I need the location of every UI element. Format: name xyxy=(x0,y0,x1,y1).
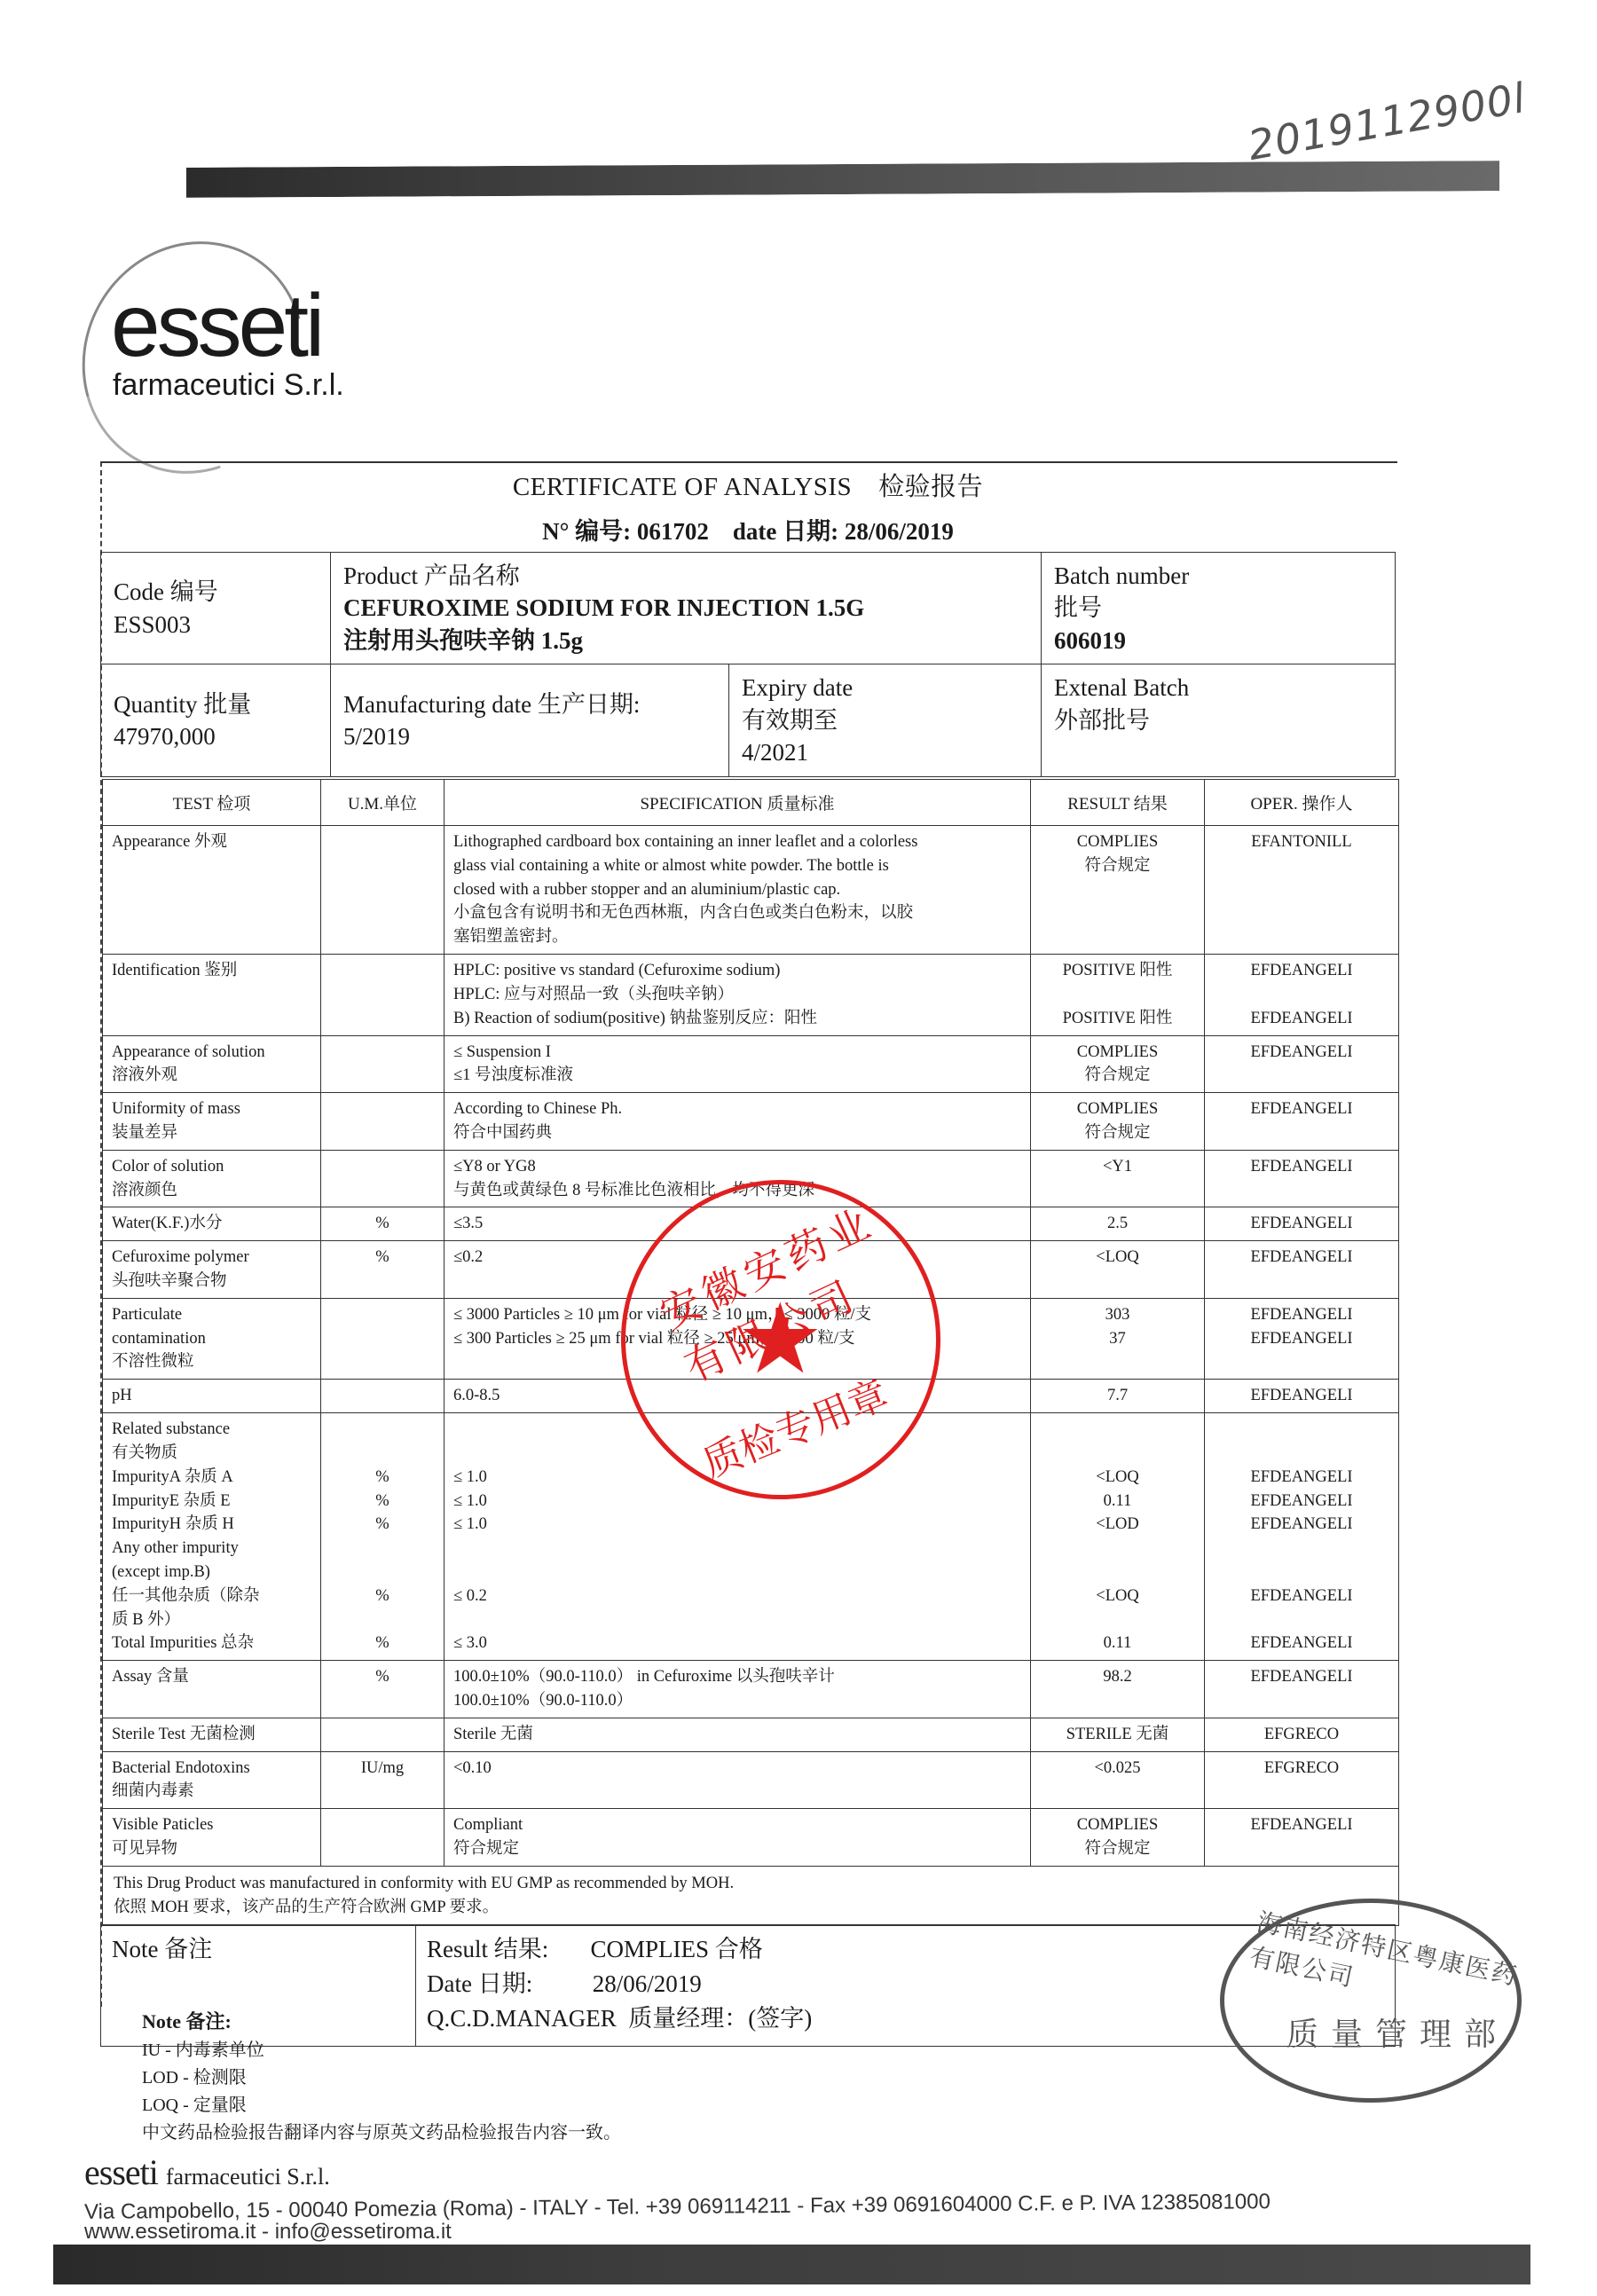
result-value-cell: <LOQ0.11<LOD <LOQ 0.11 xyxy=(1031,1413,1205,1661)
test-name: ImpurityA 杂质 A xyxy=(112,1466,311,1490)
operator: EFDEANGELI xyxy=(1214,1384,1389,1408)
operator-cell: EFDEANGELI xyxy=(1205,1207,1399,1241)
unit: % xyxy=(330,1584,435,1608)
unit: % xyxy=(330,1212,435,1236)
specification: 符合中国药典 xyxy=(453,1121,1021,1145)
unit: % xyxy=(330,1466,435,1490)
table-row: Assay 含量%100.0±10%（90.0-110.0） in Cefuro… xyxy=(103,1661,1399,1718)
specification: HPLC: 应与对照品一致（头孢呋辛钠） xyxy=(453,983,1021,1007)
external-batch-cell: Extenal Batch 外部批号 xyxy=(1042,664,1396,776)
footer-bar xyxy=(53,2245,1530,2284)
specification-cell: ≤Y8 or YG8与黄色或黄绿色 8 号标准比色液相比，均不得更深 xyxy=(444,1150,1031,1207)
certificate-date: 28/06/2019 xyxy=(845,518,954,545)
test-name-cell: Appearance 外观 xyxy=(103,826,321,955)
table-row: Sterile Test 无菌检测 Sterile 无菌STERILE 无菌EF… xyxy=(103,1718,1399,1751)
operator-cell: EFGRECO xyxy=(1205,1751,1399,1809)
test-name: Uniformity of mass xyxy=(112,1097,311,1121)
note-item: LOQ - 定量限 xyxy=(142,2092,621,2119)
operator-cell: EFDEANGELIEFDEANGELI xyxy=(1205,1298,1399,1379)
unit xyxy=(330,1561,435,1584)
note-item: LOD - 检测限 xyxy=(142,2064,621,2092)
table-row: Bacterial Endotoxins细菌内毒素IU/mg<0.10<0.02… xyxy=(103,1751,1399,1809)
unit-cell xyxy=(321,1035,444,1093)
operator: EFDEANGELI xyxy=(1214,1490,1389,1514)
unit-cell xyxy=(321,826,444,955)
test-name: Particulate xyxy=(112,1303,311,1327)
product-cell: Product 产品名称 CEFUROXIME SODIUM FOR INJEC… xyxy=(331,553,1042,664)
specification-cell: According to Chinese Ph.符合中国药典 xyxy=(444,1093,1031,1151)
quantity-cell: Quantity 批量 47970,000 xyxy=(101,664,331,776)
operator-cell: EFDEANGELI xyxy=(1205,1380,1399,1413)
unit xyxy=(330,830,435,854)
test-name: 头孢呋辛聚合物 xyxy=(112,1270,311,1293)
gmp-statement: This Drug Product was manufactured in co… xyxy=(103,1866,1399,1925)
test-name-cell: Uniformity of mass装量差异 xyxy=(103,1093,321,1151)
logo-subtitle: farmaceutici S.r.l. xyxy=(113,368,344,403)
table-row: Related substance有关物质ImpurityA 杂质 AImpur… xyxy=(103,1413,1399,1661)
handwritten-annotation: 2019112900l xyxy=(1245,74,1530,169)
unit-cell: % xyxy=(321,1241,444,1299)
test-name: pH xyxy=(112,1384,311,1408)
unit xyxy=(330,1303,435,1327)
operator: EFDEANGELI xyxy=(1214,1665,1389,1689)
operator: EFDEANGELI xyxy=(1214,1303,1389,1327)
result-label: Result 结果: xyxy=(427,1936,548,1962)
result-value: 98.2 xyxy=(1040,1665,1195,1689)
test-name: Appearance of solution xyxy=(112,1041,311,1065)
result-value-cell: <0.025 xyxy=(1031,1751,1205,1809)
operator: EFDEANGELI xyxy=(1214,1632,1389,1655)
note-item: IU - 内毒素单位 xyxy=(142,2037,621,2064)
test-name: Water(K.F.)水分 xyxy=(112,1212,311,1236)
company-website: www.essetiroma.it - info@essetiroma.it xyxy=(84,2220,1271,2245)
result-value: <LOD xyxy=(1040,1513,1195,1537)
unit-cell xyxy=(321,1093,444,1151)
specification xyxy=(453,1418,1021,1442)
manufacturing-date-cell: Manufacturing date 生产日期: 5/2019 xyxy=(331,664,729,776)
specification: ≤ 1.0 xyxy=(453,1490,1021,1514)
operator: EFDEANGELI xyxy=(1214,1097,1389,1121)
operator-cell: EFDEANGELI xyxy=(1205,1241,1399,1299)
operator: EFDEANGELI xyxy=(1214,1212,1389,1236)
operator-cell: EFDEANGELI xyxy=(1205,1809,1399,1867)
result-value: COMPLIES xyxy=(1040,1813,1195,1837)
test-name: Appearance 外观 xyxy=(112,830,311,854)
specification: 符合规定 xyxy=(453,1837,1021,1861)
specification: HPLC: positive vs standard (Cefuroxime s… xyxy=(453,959,1021,983)
test-name: Sterile Test 无菌检测 xyxy=(112,1723,311,1747)
specification-cell: Sterile 无菌 xyxy=(444,1718,1031,1751)
unit xyxy=(330,1418,435,1442)
test-name-cell: Assay 含量 xyxy=(103,1661,321,1718)
test-name-cell: Cefuroxime polymer头孢呋辛聚合物 xyxy=(103,1241,321,1299)
result-value-cell: 98.2 xyxy=(1031,1661,1205,1718)
column-header-specification: SPECIFICATION 质量标准 xyxy=(444,780,1031,826)
operator: EFDEANGELI xyxy=(1214,1327,1389,1351)
company-logo: esseti farmaceutici S.r.l. xyxy=(75,222,359,488)
test-name-cell: Related substance有关物质ImpurityA 杂质 AImpur… xyxy=(103,1413,321,1661)
unit: % xyxy=(330,1246,435,1270)
table-row: Identification 鉴别 HPLC: positive vs stan… xyxy=(103,955,1399,1035)
batch-cell: Batch number 批号 606019 xyxy=(1042,553,1396,664)
unit xyxy=(330,1155,435,1179)
test-name-cell: Appearance of solution溶液外观 xyxy=(103,1035,321,1093)
specification: According to Chinese Ph. xyxy=(453,1097,1021,1121)
test-name-cell: pH xyxy=(103,1380,321,1413)
result-value: 303 xyxy=(1040,1303,1195,1327)
column-header-test: TEST 检项 xyxy=(103,780,321,826)
operator-cell: EFDEANGELI EFDEANGELI xyxy=(1205,955,1399,1035)
operator xyxy=(1214,1442,1389,1466)
specification: 100.0±10%（90.0-110.0） in Cefuroxime 以头孢呋… xyxy=(453,1665,1021,1689)
test-name: Color of solution xyxy=(112,1155,311,1179)
certificate-heading: CERTIFICATE OF ANALYSIS检验报告 N° 编号: 06170… xyxy=(100,461,1396,559)
result-value: POSITIVE 阳性 xyxy=(1040,959,1195,983)
operator xyxy=(1214,1418,1389,1442)
test-name: contamination xyxy=(112,1327,311,1351)
result-value: 37 xyxy=(1040,1327,1195,1351)
operator-cell: EFANTONILL xyxy=(1205,826,1399,955)
specification: ≤1 号浊度标准液 xyxy=(453,1064,1021,1088)
specification: <0.10 xyxy=(453,1757,1021,1781)
header-bar xyxy=(186,161,1499,198)
unit xyxy=(330,959,435,983)
table-row: Uniformity of mass装量差异 According to Chin… xyxy=(103,1093,1399,1151)
operator: EFDEANGELI xyxy=(1214,1584,1389,1608)
specification xyxy=(453,1442,1021,1466)
specification: Sterile 无菌 xyxy=(453,1723,1021,1747)
test-name: Total Impurities 总杂 xyxy=(112,1632,311,1655)
specification: 6.0-8.5 xyxy=(453,1384,1021,1408)
specification: ≤ 3000 Particles ≥ 10 μm for vial 粒径 ≥ 1… xyxy=(453,1303,1021,1327)
specification: ≤ 0.2 xyxy=(453,1584,1021,1608)
result-value: 符合规定 xyxy=(1040,854,1195,878)
unit xyxy=(330,1097,435,1121)
test-name: Cefuroxime polymer xyxy=(112,1246,311,1270)
specification: 塞铝塑盖密封。 xyxy=(453,925,1021,949)
result-value: <0.025 xyxy=(1040,1757,1195,1781)
unit-cell: % xyxy=(321,1207,444,1241)
unit: % xyxy=(330,1665,435,1689)
specification: ≤ 3.0 xyxy=(453,1632,1021,1655)
test-name-cell: Color of solution溶液颜色 xyxy=(103,1150,321,1207)
note-item: 中文药品检验报告翻译内容与原英文药品检验报告内容一致。 xyxy=(142,2119,621,2147)
test-name-cell: Visible Paticles可见异物 xyxy=(103,1809,321,1867)
result-value-cell: COMPLIES符合规定 xyxy=(1031,1035,1205,1093)
test-name: 任一其他杂质（除杂 xyxy=(112,1584,311,1608)
result-value-cell: COMPLIES符合规定 xyxy=(1031,1093,1205,1151)
result-value: <LOQ xyxy=(1040,1246,1195,1270)
specification-cell: ≤ 3000 Particles ≥ 10 μm for vial 粒径 ≥ 1… xyxy=(444,1298,1031,1379)
operator: EFDEANGELI xyxy=(1214,1813,1389,1837)
result-value: COMPLIES xyxy=(1040,1097,1195,1121)
specification-cell: 100.0±10%（90.0-110.0） in Cefuroxime 以头孢呋… xyxy=(444,1661,1031,1718)
unit-cell: IU/mg xyxy=(321,1751,444,1809)
result-value: 7.7 xyxy=(1040,1384,1195,1408)
specification: ≤ Suspension I xyxy=(453,1041,1021,1065)
unit-cell xyxy=(321,955,444,1035)
specification-cell: ≤ Suspension I≤1 号浊度标准液 xyxy=(444,1035,1031,1093)
table-row: Particulatecontamination不溶性微粒 ≤ 3000 Par… xyxy=(103,1298,1399,1379)
release-date: 28/06/2019 xyxy=(593,1970,702,1997)
specification-cell: <0.10 xyxy=(444,1751,1031,1809)
result-value: <LOQ xyxy=(1040,1466,1195,1490)
specification: ≤Y8 or YG8 xyxy=(453,1155,1021,1179)
result-value-cell: <LOQ xyxy=(1031,1241,1205,1299)
specification xyxy=(453,1608,1021,1632)
specification: Lithographed cardboard box containing an… xyxy=(453,830,1021,854)
certificate-number: 061702 xyxy=(637,518,709,545)
result-value-cell: STERILE 无菌 xyxy=(1031,1718,1205,1751)
test-name: 细菌内毒素 xyxy=(112,1780,311,1804)
specification: 小盒包含有说明书和无色西林瓶，内含白色或类白色粉末，以胶 xyxy=(453,901,1021,925)
unit: % xyxy=(330,1632,435,1655)
operator-cell: EFDEANGELI xyxy=(1205,1093,1399,1151)
unit xyxy=(330,1537,435,1561)
specification: ≤0.2 xyxy=(453,1246,1021,1270)
specification: glass vial containing a white or almost … xyxy=(453,854,1021,878)
test-name: 溶液颜色 xyxy=(112,1179,311,1203)
operator: EFDEANGELI xyxy=(1214,1466,1389,1490)
operator: EFDEANGELI xyxy=(1214,1513,1389,1537)
code-cell: Code 编号 ESS003 xyxy=(101,553,331,664)
specification: Compliant xyxy=(453,1813,1021,1837)
unit: % xyxy=(330,1513,435,1537)
column-header-operator: OPER. 操作人 xyxy=(1205,780,1399,826)
certificate-title: CERTIFICATE OF ANALYSIS检验报告 xyxy=(100,467,1396,503)
product-header-table: Code 编号 ESS003 Product 产品名称 CEFUROXIME S… xyxy=(100,552,1396,777)
result-value xyxy=(1040,983,1195,1007)
results-table: TEST 检项 U.M.单位 SPECIFICATION 质量标准 RESULT… xyxy=(102,779,1399,1926)
column-header-result: RESULT 结果 xyxy=(1031,780,1205,826)
result-value: POSITIVE 阳性 xyxy=(1040,1007,1195,1031)
test-name: Visible Paticles xyxy=(112,1813,311,1837)
result-value: 符合规定 xyxy=(1040,1837,1195,1861)
result-value xyxy=(1040,1608,1195,1632)
result-value-cell: COMPLIES符合规定 xyxy=(1031,826,1205,955)
operator: EFGRECO xyxy=(1214,1723,1389,1747)
test-name: Any other impurity xyxy=(112,1537,311,1561)
table-row: Appearance of solution溶液外观 ≤ Suspension … xyxy=(103,1035,1399,1093)
specification-cell: ≤3.5 xyxy=(444,1207,1031,1241)
operator: EFANTONILL xyxy=(1214,830,1389,854)
test-name-cell: Identification 鉴别 xyxy=(103,955,321,1035)
result-value: STERILE 无菌 xyxy=(1040,1723,1195,1747)
specification: ≤ 300 Particles ≥ 25 μm for vial 粒径 ≥ 25… xyxy=(453,1327,1021,1351)
result-value-cell: POSITIVE 阳性 POSITIVE 阳性 xyxy=(1031,955,1205,1035)
result-value: 符合规定 xyxy=(1040,1064,1195,1088)
test-name: Related substance xyxy=(112,1418,311,1442)
result-value xyxy=(1040,1442,1195,1466)
result-value: <Y1 xyxy=(1040,1155,1195,1179)
company-footer: esseti farmaceutici S.r.l. Via Campobell… xyxy=(84,2151,1271,2245)
specification xyxy=(453,1537,1021,1561)
logo-mark: esseti xyxy=(111,275,321,377)
company-brand: esseti farmaceutici S.r.l. xyxy=(84,2151,1271,2193)
result-value: <LOQ xyxy=(1040,1584,1195,1608)
unit: IU/mg xyxy=(330,1757,435,1781)
result-value xyxy=(1040,1561,1195,1584)
test-name: Bacterial Endotoxins xyxy=(112,1757,311,1781)
specification-cell: HPLC: positive vs standard (Cefuroxime s… xyxy=(444,955,1031,1035)
unit xyxy=(330,1384,435,1408)
unit-cell xyxy=(321,1150,444,1207)
certificate-number-date: N° 编号: 061702 date 日期: 28/06/2019 xyxy=(100,512,1396,546)
table-row: Cefuroxime polymer头孢呋辛聚合物%≤0.2<LOQEFDEAN… xyxy=(103,1241,1399,1299)
specification xyxy=(453,1561,1021,1584)
specification: closed with a rubber stopper and an alum… xyxy=(453,878,1021,902)
result-value: 2.5 xyxy=(1040,1212,1195,1236)
overall-result: COMPLIES 合格 xyxy=(591,1936,763,1962)
specification-cell: ≤ 1.0≤ 1.0≤ 1.0 ≤ 0.2 ≤ 3.0 xyxy=(444,1413,1031,1661)
table-row: Color of solution溶液颜色 ≤Y8 or YG8与黄色或黄绿色 … xyxy=(103,1150,1399,1207)
unit xyxy=(330,1813,435,1837)
manager-signature: 质量经理：(签字) xyxy=(628,2005,812,2032)
test-name: (except imp.B) xyxy=(112,1561,311,1584)
specification: 100.0±10%（90.0-110.0） xyxy=(453,1689,1021,1713)
unit-cell xyxy=(321,1380,444,1413)
test-name: ImpurityE 杂质 E xyxy=(112,1490,311,1514)
unit-cell: % xyxy=(321,1661,444,1718)
operator: EFDEANGELI xyxy=(1214,959,1389,983)
result-value-cell: 2.5 xyxy=(1031,1207,1205,1241)
test-name-cell: Sterile Test 无菌检测 xyxy=(103,1718,321,1751)
test-name: 溶液外观 xyxy=(112,1064,311,1088)
result-value xyxy=(1040,1418,1195,1442)
unit-cell xyxy=(321,1298,444,1379)
specification: ≤ 1.0 xyxy=(453,1513,1021,1537)
specification: ≤3.5 xyxy=(453,1212,1021,1236)
test-name: Identification 鉴别 xyxy=(112,959,311,983)
unit-cell xyxy=(321,1809,444,1867)
column-header-unit: U.M.单位 xyxy=(321,780,444,826)
operator: EFDEANGELI xyxy=(1214,1246,1389,1270)
unit-cell: %%% % % xyxy=(321,1413,444,1661)
unit xyxy=(330,1041,435,1065)
table-row: Appearance 外观 Lithographed cardboard box… xyxy=(103,826,1399,955)
operator: EFGRECO xyxy=(1214,1757,1389,1781)
test-name: 有关物质 xyxy=(112,1442,311,1466)
test-name: 不溶性微粒 xyxy=(112,1350,311,1374)
test-name: 可见异物 xyxy=(112,1837,311,1861)
result-value: 0.11 xyxy=(1040,1490,1195,1514)
test-name: 装量差异 xyxy=(112,1121,311,1145)
test-name: Assay 含量 xyxy=(112,1665,311,1689)
specification: ≤ 1.0 xyxy=(453,1466,1021,1490)
operator-cell: EFDEANGELIEFDEANGELIEFDEANGELI EFDEANGEL… xyxy=(1205,1413,1399,1661)
result-value-cell: COMPLIES符合规定 xyxy=(1031,1809,1205,1867)
operator: EFDEANGELI xyxy=(1214,1041,1389,1065)
table-row: pH 6.0-8.57.7EFDEANGELI xyxy=(103,1380,1399,1413)
operator xyxy=(1214,1561,1389,1584)
results-table-header: TEST 检项 U.M.单位 SPECIFICATION 质量标准 RESULT… xyxy=(103,780,1399,826)
specification: 与黄色或黄绿色 8 号标准比色液相比，均不得更深 xyxy=(453,1179,1021,1203)
result-value-cell: 30337 xyxy=(1031,1298,1205,1379)
operator xyxy=(1214,983,1389,1007)
operator-cell: EFDEANGELI xyxy=(1205,1035,1399,1093)
unit xyxy=(330,1442,435,1466)
specification: B) Reaction of sodium(positive) 钠盐鉴别反应：阳… xyxy=(453,1007,1021,1031)
result-value: COMPLIES xyxy=(1040,1041,1195,1065)
operator xyxy=(1214,1537,1389,1561)
result-value: 0.11 xyxy=(1040,1632,1195,1655)
specification-cell: 6.0-8.5 xyxy=(444,1380,1031,1413)
expiry-date-cell: Expiry date 有效期至 4/2021 xyxy=(729,664,1042,776)
test-name-cell: Water(K.F.)水分 xyxy=(103,1207,321,1241)
operator-cell: EFDEANGELI xyxy=(1205,1661,1399,1718)
specification-cell: ≤0.2 xyxy=(444,1241,1031,1299)
notes-heading: Note 备注: xyxy=(142,2007,621,2037)
result-value xyxy=(1040,1537,1195,1561)
test-name-cell: Particulatecontamination不溶性微粒 xyxy=(103,1298,321,1379)
unit xyxy=(330,1723,435,1747)
result-value: 符合规定 xyxy=(1040,1121,1195,1145)
operator-cell: EFDEANGELI xyxy=(1205,1150,1399,1207)
test-name: ImpurityH 杂质 H xyxy=(112,1513,311,1537)
operator: EFDEANGELI xyxy=(1214,1007,1389,1031)
operator: EFDEANGELI xyxy=(1214,1155,1389,1179)
unit: % xyxy=(330,1490,435,1514)
table-row: Water(K.F.)水分%≤3.52.5EFDEANGELI xyxy=(103,1207,1399,1241)
abbreviation-notes: Note 备注: IU - 内毒素单位 LOD - 检测限 LOQ - 定量限 … xyxy=(142,2007,621,2147)
unit xyxy=(330,1608,435,1632)
table-row: Visible Paticles可见异物 Compliant符合规定COMPLI… xyxy=(103,1809,1399,1867)
specification-cell: Compliant符合规定 xyxy=(444,1809,1031,1867)
result-value-cell: 7.7 xyxy=(1031,1380,1205,1413)
operator xyxy=(1214,1608,1389,1632)
unit-cell xyxy=(321,1718,444,1751)
result-value-cell: <Y1 xyxy=(1031,1150,1205,1207)
test-name-cell: Bacterial Endotoxins细菌内毒素 xyxy=(103,1751,321,1809)
operator-cell: EFGRECO xyxy=(1205,1718,1399,1751)
specification-cell: Lithographed cardboard box containing an… xyxy=(444,826,1031,955)
result-value: COMPLIES xyxy=(1040,830,1195,854)
test-name: 质 B 外） xyxy=(112,1608,311,1632)
